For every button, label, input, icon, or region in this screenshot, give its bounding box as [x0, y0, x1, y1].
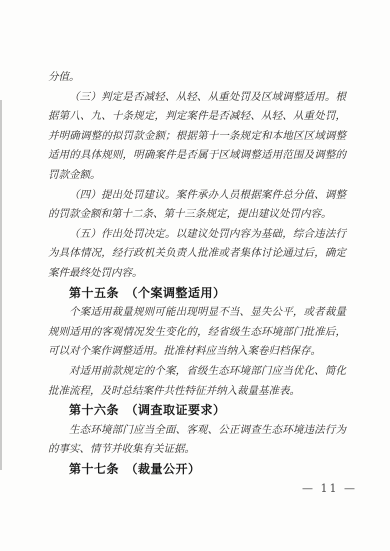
body-text-line: 的罚款金额和第十二条、第十三条规定，提出建议处罚内容。: [48, 205, 346, 225]
body-text-line: 罚款金额。: [48, 166, 346, 186]
document-body: 分值。（三）判定是否减轻、从轻、从重处罚及区域调整适用。根据第八、九、十条规定，…: [48, 68, 346, 479]
body-text-line: 对适用前款规定的个案，省级生态环境部门应当优化、简化: [48, 362, 346, 382]
body-text-line: 规则适用的客观情况发生变化的，经省级生态环境部门批准后，: [48, 323, 346, 343]
body-text-line: （五）作出处罚决定。以建议处罚内容为基础，综合违法行: [48, 225, 346, 245]
body-text-line: 为具体情况，经行政机关负责人批准或者集体讨论通过后，确定: [48, 244, 346, 264]
body-text-line: 的事实、情节并收集有关证据。: [48, 440, 346, 460]
body-text-line: 适用的具体规则，明确案件是否属于区域调整适用范围及调整的: [48, 146, 346, 166]
article-heading: 第十六条 （调查取证要求）: [48, 401, 346, 421]
body-text-line: 可以对个案作调整适用。批准材料应当纳入案卷归档保存。: [48, 342, 346, 362]
article-heading: 第十七条 （裁量公开）: [48, 460, 346, 480]
body-text-line: 据第八、九、十条规定，判定案件是否减轻、从轻、从重处罚，: [48, 107, 346, 127]
document-page: 分值。（三）判定是否减轻、从轻、从重处罚及区域调整适用。根据第八、九、十条规定，…: [0, 0, 390, 551]
body-text-line: 生态环境部门应当全面、客观、公正调查生态环境违法行为: [48, 421, 346, 441]
body-text-line: 分值。: [48, 68, 346, 88]
page-number: — 11 —: [302, 481, 357, 497]
body-text-line: （三）判定是否减轻、从轻、从重处罚及区域调整适用。根: [48, 88, 346, 108]
body-text-line: 案件最终处罚内容。: [48, 264, 346, 284]
body-text-line: 个案适用裁量规则可能出现明显不当、显失公平，或者裁量: [48, 303, 346, 323]
article-heading: 第十五条 （个案调整适用）: [48, 284, 346, 304]
body-text-line: （四）提出处罚建议。案件承办人员根据案件总分值、调整: [48, 186, 346, 206]
body-text-line: 批准流程，及时总结案件共性特征并纳入裁量基准表。: [48, 382, 346, 402]
scan-edge-artifact: [0, 100, 2, 470]
body-text-line: 并明确调整的拟罚款金额；根据第十一条规定和本地区区域调整: [48, 127, 346, 147]
